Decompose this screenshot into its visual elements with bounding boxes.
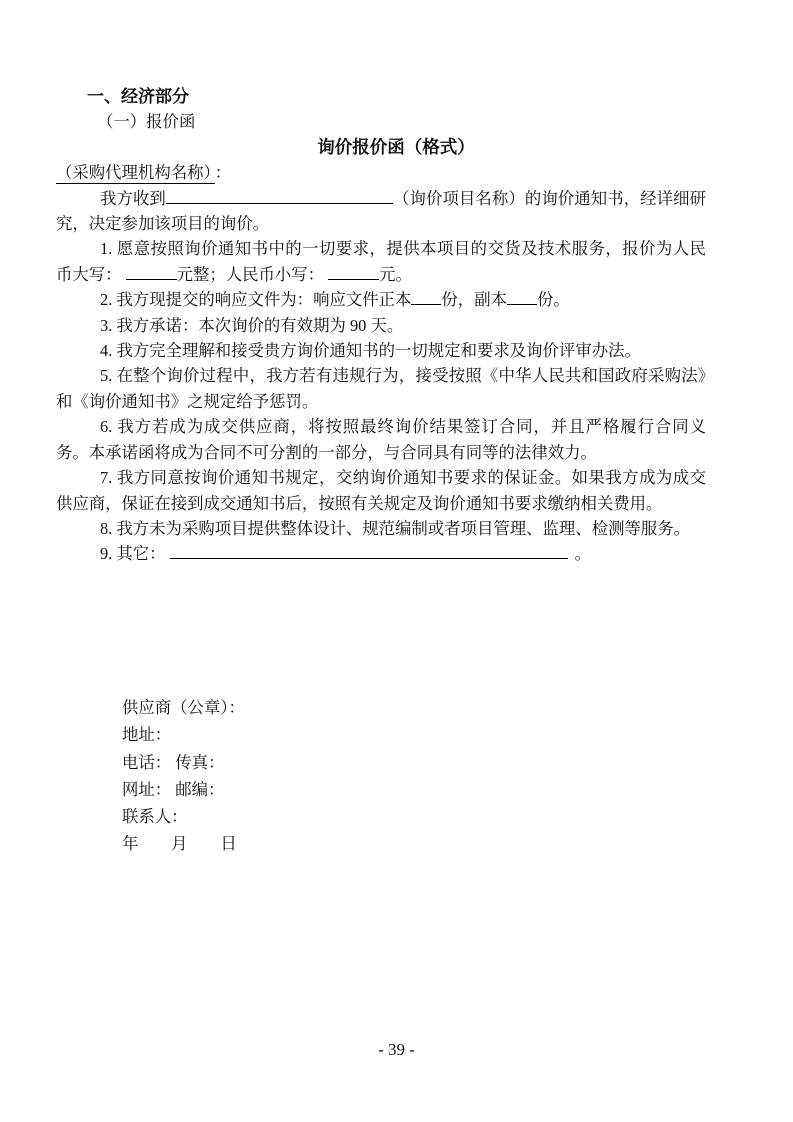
item-1-text-mid: 元整；人民币小写： [177, 265, 325, 284]
item-1-text-post: 元。 [379, 265, 412, 284]
item-3-validity: 3. 我方承诺：本次询价的有效期为 90 天。 [56, 313, 706, 338]
document-body: 一、经济部分 （一）报价函 询价报价函（格式） （采购代理机构名称）： 我方收到… [56, 84, 706, 567]
agency-name-underlined: （采购代理机构名称） [56, 163, 215, 184]
blank-other [170, 542, 568, 559]
subsection-heading: （一）报价函 [97, 109, 706, 134]
document-page: 一、经济部分 （一）报价函 询价报价函（格式） （采购代理机构名称）： 我方收到… [0, 0, 793, 1122]
item-8-services: 8. 我方未为采购项目提供整体设计、规范编制或者项目管理、监理、检测等服务。 [56, 516, 706, 541]
item-9-other: 9. 其它：。 [56, 541, 706, 566]
address-line: 地址： [122, 721, 245, 748]
page-number: - 39 - [0, 1040, 793, 1060]
blank-project-name [166, 186, 393, 203]
signature-block: 供应商（公章）： 地址： 电话： 传真： 网址： 邮编： 联系人： 年 月 日 [122, 694, 245, 858]
agency-name-line: （采购代理机构名称）： [56, 160, 706, 185]
blank-amount-in-figures [328, 262, 379, 279]
intro-paragraph: 我方收到（询价项目名称）的询价通知书，经详细研究，决定参加该项目的询价。 [56, 186, 706, 237]
item-6-contract: 6. 我方若成为成交供应商，将按照最终询价结果签订合同，并且严格履行合同义务。本… [56, 414, 706, 465]
agency-colon: ： [215, 163, 231, 182]
phone-fax-line: 电话： 传真： [122, 749, 245, 776]
form-title: 询价报价函（格式） [56, 135, 706, 160]
supplier-seal-line: 供应商（公章）： [122, 694, 245, 721]
blank-amount-in-words [126, 262, 177, 279]
item-2-text-post: 份。 [537, 290, 570, 309]
item-5-penalty: 5. 在整个询价过程中，我方若有违规行为，接受按照《中华人民共和国政府采购法》和… [56, 363, 706, 414]
item-9-text-post: 。 [575, 544, 591, 563]
date-line: 年 月 日 [122, 830, 245, 857]
item-2-text-mid: 份，副本 [441, 290, 507, 309]
item-4-acceptance: 4. 我方完全理解和接受贵方询价通知书的一切规定和要求及询价评审办法。 [56, 338, 706, 363]
blank-duplicate-copies [507, 288, 537, 305]
intro-text-pre: 我方收到 [100, 189, 166, 208]
item-2-text-pre: 2. 我方现提交的响应文件为：响应文件正本 [100, 290, 411, 309]
blank-original-copies [411, 288, 441, 305]
section-heading: 一、经济部分 [87, 84, 706, 109]
website-zip-line: 网址： 邮编： [122, 776, 245, 803]
item-1-price: 1. 愿意按照询价通知书中的一切要求，提供本项目的交货及技术服务，报价为人民币大… [56, 236, 706, 287]
item-9-text-pre: 9. 其它： [100, 544, 166, 563]
contact-person-line: 联系人： [122, 803, 245, 830]
item-7-deposit: 7. 我方同意按询价通知书规定，交纳询价通知书要求的保证金。如果我方成为成交供应… [56, 465, 706, 516]
item-2-copies: 2. 我方现提交的响应文件为：响应文件正本份，副本份。 [56, 287, 706, 312]
